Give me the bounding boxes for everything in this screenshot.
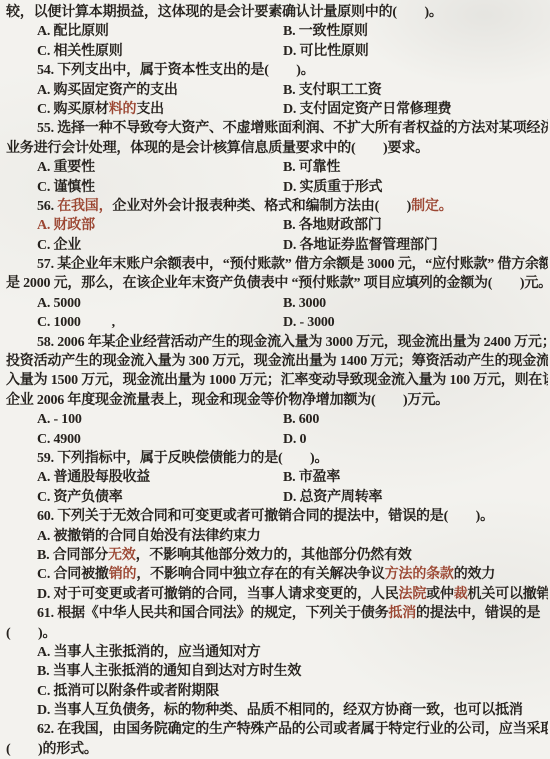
option-right: B. 市盈率 bbox=[283, 468, 548, 487]
text-segment: B. 可靠性 bbox=[283, 160, 340, 175]
text-segment: 业务进行会计处理，体现的是会计核算信息质量要求中的( )要求。 bbox=[6, 141, 429, 156]
text-segment: 是 2000 元，那么，在该企业年末资产负债表中 “预付账款” 项目应填列的金额… bbox=[6, 276, 548, 291]
option-right: B. 可靠性 bbox=[283, 158, 548, 177]
text-segment: D. 总资产周转率 bbox=[283, 490, 382, 505]
option-right: B. 600 bbox=[283, 410, 548, 429]
option-left: C. 企业 bbox=[37, 236, 283, 255]
text-segment: D. 各地证券监督管理部门 bbox=[283, 238, 438, 253]
option-row: A. 财政部B. 各地财政部门 bbox=[6, 216, 548, 235]
text-segment: 62. 在我国，由国务院确定的生产特殊产品的公司或者属于特定行业的公司，应当采取 bbox=[37, 722, 548, 737]
text-segment: D. 支付固定资产日常修理费 bbox=[283, 102, 451, 117]
text-segment: C. 1000 , bbox=[37, 315, 115, 330]
red-text-segment: 料的 bbox=[109, 102, 137, 117]
red-text-segment: 无效 bbox=[108, 548, 136, 563]
text-segment: 较，以便计算本期损益，这体现的是会计要素确认计量原则中的( )。 bbox=[6, 5, 443, 20]
question-list: 较，以便计算本期损益，这体现的是会计要素确认计量原则中的( )。A. 配比原则B… bbox=[6, 3, 548, 759]
text-segment: 企业 2006 年度现金流量表上，现金和现金等价物净增加额为( )万元。 bbox=[6, 393, 449, 408]
question-stem-line: A. 被撤销的合同自始没有法律约束力 bbox=[6, 527, 548, 546]
option-row: C. 资产负债率D. 总资产周转率 bbox=[6, 488, 548, 507]
continuation-line: 业务进行会计处理，体现的是会计核算信息质量要求中的( )要求。 bbox=[6, 139, 548, 158]
question-stem-line: 58. 2006 年某企业经营活动产生的现金流入量为 3000 万元，现金流出量… bbox=[6, 333, 548, 352]
text-segment: 企业对外会计报表种类、格式和编制方法由( ) bbox=[112, 199, 411, 214]
option-row: C. 4900D. 0 bbox=[6, 430, 548, 449]
text-segment: 投资活动产生的现金流入量为 300 万元，现金流出量为 1400 万元；筹资活动… bbox=[6, 354, 548, 369]
option-left: A. 重要性 bbox=[37, 158, 283, 177]
red-text-segment: 方法的条款 bbox=[385, 567, 454, 582]
option-left: A. 配比原则 bbox=[37, 22, 283, 41]
text-segment: D. 对于可变更或者可撤销的合同，当事人请求变更的，人民 bbox=[37, 587, 399, 602]
option-row: C. 购买原材料的支出D. 支付固定资产日常修理费 bbox=[6, 100, 548, 119]
text-segment: C. 4900 bbox=[37, 432, 81, 447]
option-row: A. 5000B. 3000 bbox=[6, 294, 548, 313]
text-segment: A. 配比原则 bbox=[37, 24, 109, 39]
text-segment: 58. 2006 年某企业经营活动产生的现金流入量为 3000 万元，现金流出量… bbox=[37, 335, 548, 350]
option-left: C. 谨慎性 bbox=[37, 178, 283, 197]
question-stem-line: 62. 在我国，由国务院确定的生产特殊产品的公司或者属于特定行业的公司，应当采取 bbox=[6, 720, 548, 739]
text-segment: B. 各地财政部门 bbox=[283, 218, 382, 233]
text-segment: 54. 下列支出中，属于资本性支出的是( )。 bbox=[37, 63, 315, 78]
text-segment: ，不影响合同中独立存在的有关解决争议 bbox=[136, 567, 384, 582]
continuation-line: 较，以便计算本期损益，这体现的是会计要素确认计量原则中的( )。 bbox=[6, 3, 548, 22]
option-right: D. 实质重于形式 bbox=[283, 178, 548, 197]
question-stem-line: D. 对于可变更或者可撤销的合同，当事人请求变更的，人民法院或仲裁机关可以撤销 bbox=[6, 585, 548, 604]
continuation-line: ( )。 bbox=[6, 624, 548, 643]
option-row: A. 普通股每股收益B. 市盈率 bbox=[6, 468, 548, 487]
text-segment: 61. 根据《中华人民共和国合同法》的规定，下列关于债务 bbox=[37, 606, 388, 621]
text-segment: 55. 选择一种不导致夸大资产、不虚增账面利润、不扩大所有者权益的方法对某项经济 bbox=[37, 121, 548, 136]
red-text-segment: 在我国， bbox=[57, 199, 112, 214]
option-right: D. 可比性原则 bbox=[283, 42, 548, 61]
text-segment: ，不影响其他部分效力的，其他部分仍然有效 bbox=[136, 548, 412, 563]
question-stem-line: 54. 下列支出中，属于资本性支出的是( )。 bbox=[6, 61, 548, 80]
text-segment: 56. bbox=[37, 199, 57, 214]
text-segment: C. 企业 bbox=[37, 238, 81, 253]
option-left: A. 财政部 bbox=[37, 216, 283, 235]
text-segment: D. 实质重于形式 bbox=[283, 180, 382, 195]
text-segment: C. 购买原材 bbox=[37, 102, 109, 117]
question-stem-line: A. 当事人主张抵消的，应当通知对方 bbox=[6, 643, 548, 662]
text-segment: C. 相关性原则 bbox=[37, 44, 123, 59]
exam-scan-page: 较，以便计算本期损益，这体现的是会计要素确认计量原则中的( )。A. 配比原则B… bbox=[0, 0, 550, 759]
option-row: C. 1000 ,D. - 3000 bbox=[6, 313, 548, 332]
option-left: C. 购买原材料的支出 bbox=[37, 100, 283, 119]
text-segment: D. 可比性原则 bbox=[283, 44, 369, 59]
red-text-segment: 销的 bbox=[109, 567, 137, 582]
option-row: C. 相关性原则D. 可比性原则 bbox=[6, 42, 548, 61]
question-stem-line: C. 抵消可以附条件或者附期限 bbox=[6, 682, 548, 701]
text-segment: 的提法中，错误的是 bbox=[416, 606, 540, 621]
text-segment: D. 0 bbox=[283, 432, 306, 447]
text-segment: A. 重要性 bbox=[37, 160, 95, 175]
text-segment: B. 合同部分 bbox=[37, 548, 108, 563]
text-segment: A. 普通股每股收益 bbox=[37, 470, 150, 485]
text-segment: A. 5000 bbox=[37, 296, 81, 311]
text-segment: 机关可以撤销 bbox=[468, 587, 548, 602]
continuation-line: ( )的形式。 bbox=[6, 740, 548, 759]
question-stem-line: B. 当事人主张抵消的通知自到达对方时生效 bbox=[6, 662, 548, 681]
option-right: D. - 3000 bbox=[283, 313, 548, 332]
text-segment: D. - 3000 bbox=[283, 315, 334, 330]
text-segment: B. 3000 bbox=[283, 296, 326, 311]
text-segment: A. - 100 bbox=[37, 412, 82, 427]
text-segment: A. 购买固定资产的支出 bbox=[37, 83, 178, 98]
question-stem-line: 59. 下列指标中，属于反映偿债能力的是( )。 bbox=[6, 449, 548, 468]
text-segment: A. 被撤销的合同自始没有法律约束力 bbox=[37, 529, 261, 544]
option-left: C. 资产负债率 bbox=[37, 488, 283, 507]
option-right: B. 支付职工工资 bbox=[283, 81, 548, 100]
option-right: D. 支付固定资产日常修理费 bbox=[283, 100, 548, 119]
option-left: A. 普通股每股收益 bbox=[37, 468, 283, 487]
option-right: D. 总资产周转率 bbox=[283, 488, 548, 507]
text-segment: ( )。 bbox=[6, 626, 56, 641]
option-row: A. 配比原则B. 一致性原则 bbox=[6, 22, 548, 41]
option-right: B. 各地财政部门 bbox=[283, 216, 548, 235]
option-right: B. 一致性原则 bbox=[283, 22, 548, 41]
text-segment: 入量为 1500 万元，现金流出量为 1000 万元；汇率变动导致现金流入量为 … bbox=[6, 373, 548, 388]
option-left: C. 4900 bbox=[37, 430, 283, 449]
text-segment: C. 资产负债率 bbox=[37, 490, 123, 505]
text-segment: B. 600 bbox=[283, 412, 319, 427]
text-segment: 或仲 bbox=[426, 587, 454, 602]
red-text-segment: A. 财政部 bbox=[37, 218, 95, 233]
question-stem-line: 55. 选择一种不导致夸大资产、不虚增账面利润、不扩大所有者权益的方法对某项经济 bbox=[6, 119, 548, 138]
text-segment: B. 市盈率 bbox=[283, 470, 340, 485]
option-left: A. 5000 bbox=[37, 294, 283, 313]
option-row: A. 重要性B. 可靠性 bbox=[6, 158, 548, 177]
text-segment: C. 谨慎性 bbox=[37, 180, 95, 195]
option-left: A. 购买固定资产的支出 bbox=[37, 81, 283, 100]
text-segment: 的效力 bbox=[454, 567, 495, 582]
red-text-segment: 裁 bbox=[454, 587, 468, 602]
text-segment: 59. 下列指标中，属于反映偿债能力的是( )。 bbox=[37, 451, 328, 466]
text-segment: B. 支付职工工资 bbox=[283, 83, 382, 98]
text-segment: D. 当事人互负债务，标的物种类、品质不相同的，经双方协商一致，也可以抵消 bbox=[37, 703, 523, 718]
text-segment: C. 合同被撤 bbox=[37, 567, 109, 582]
text-segment: 57. 某企业年末账户余额表中，“预付账款” 借方余额是 3000 元，“应付账… bbox=[37, 257, 548, 272]
option-row: C. 企业D. 各地证券监督管理部门 bbox=[6, 236, 548, 255]
question-stem-line: D. 当事人互负债务，标的物种类、品质不相同的，经双方协商一致，也可以抵消 bbox=[6, 701, 548, 720]
question-stem-line: B. 合同部分无效，不影响其他部分效力的，其他部分仍然有效 bbox=[6, 546, 548, 565]
option-right: D. 各地证券监督管理部门 bbox=[283, 236, 548, 255]
option-left: A. - 100 bbox=[37, 410, 283, 429]
question-stem-line: C. 合同被撤销的，不影响合同中独立存在的有关解决争议方法的条款的效力 bbox=[6, 565, 548, 584]
continuation-line: 是 2000 元，那么，在该企业年末资产负债表中 “预付账款” 项目应填列的金额… bbox=[6, 274, 548, 293]
option-left: C. 相关性原则 bbox=[37, 42, 283, 61]
option-row: C. 谨慎性D. 实质重于形式 bbox=[6, 178, 548, 197]
option-right: D. 0 bbox=[283, 430, 548, 449]
continuation-line: 投资活动产生的现金流入量为 300 万元，现金流出量为 1400 万元；筹资活动… bbox=[6, 352, 548, 371]
red-text-segment: 法院 bbox=[399, 587, 427, 602]
red-text-segment: 抵消 bbox=[388, 606, 416, 621]
continuation-line: 入量为 1500 万元，现金流出量为 1000 万元；汇率变动导致现金流入量为 … bbox=[6, 371, 548, 390]
text-segment: C. 抵消可以附条件或者附期限 bbox=[37, 684, 219, 699]
continuation-line: 企业 2006 年度现金流量表上，现金和现金等价物净增加额为( )万元。 bbox=[6, 391, 548, 410]
option-right: B. 3000 bbox=[283, 294, 548, 313]
question-stem-line: 57. 某企业年末账户余额表中，“预付账款” 借方余额是 3000 元，“应付账… bbox=[6, 255, 548, 274]
option-row: A. 购买固定资产的支出B. 支付职工工资 bbox=[6, 81, 548, 100]
option-row: A. - 100B. 600 bbox=[6, 410, 548, 429]
red-text-segment: 制定。 bbox=[411, 199, 452, 214]
text-segment: 60. 下列关于无效合同和可变更或者可撤销合同的提法中，错误的是( )。 bbox=[37, 509, 494, 524]
text-segment: B. 当事人主张抵消的通知自到达对方时生效 bbox=[37, 664, 301, 679]
question-stem-line: 60. 下列关于无效合同和可变更或者可撤销合同的提法中，错误的是( )。 bbox=[6, 507, 548, 526]
text-segment: A. 当事人主张抵消的，应当通知对方 bbox=[37, 645, 261, 660]
text-segment: B. 一致性原则 bbox=[283, 24, 368, 39]
option-left: C. 1000 , bbox=[37, 313, 283, 332]
text-segment: ( )的形式。 bbox=[6, 742, 98, 757]
question-stem-line: 61. 根据《中华人民共和国合同法》的规定，下列关于债务抵消的提法中，错误的是 bbox=[6, 604, 548, 623]
text-segment: 支出 bbox=[136, 102, 164, 117]
question-stem-line: 56. 在我国，企业对外会计报表种类、格式和编制方法由( )制定。 bbox=[6, 197, 548, 216]
